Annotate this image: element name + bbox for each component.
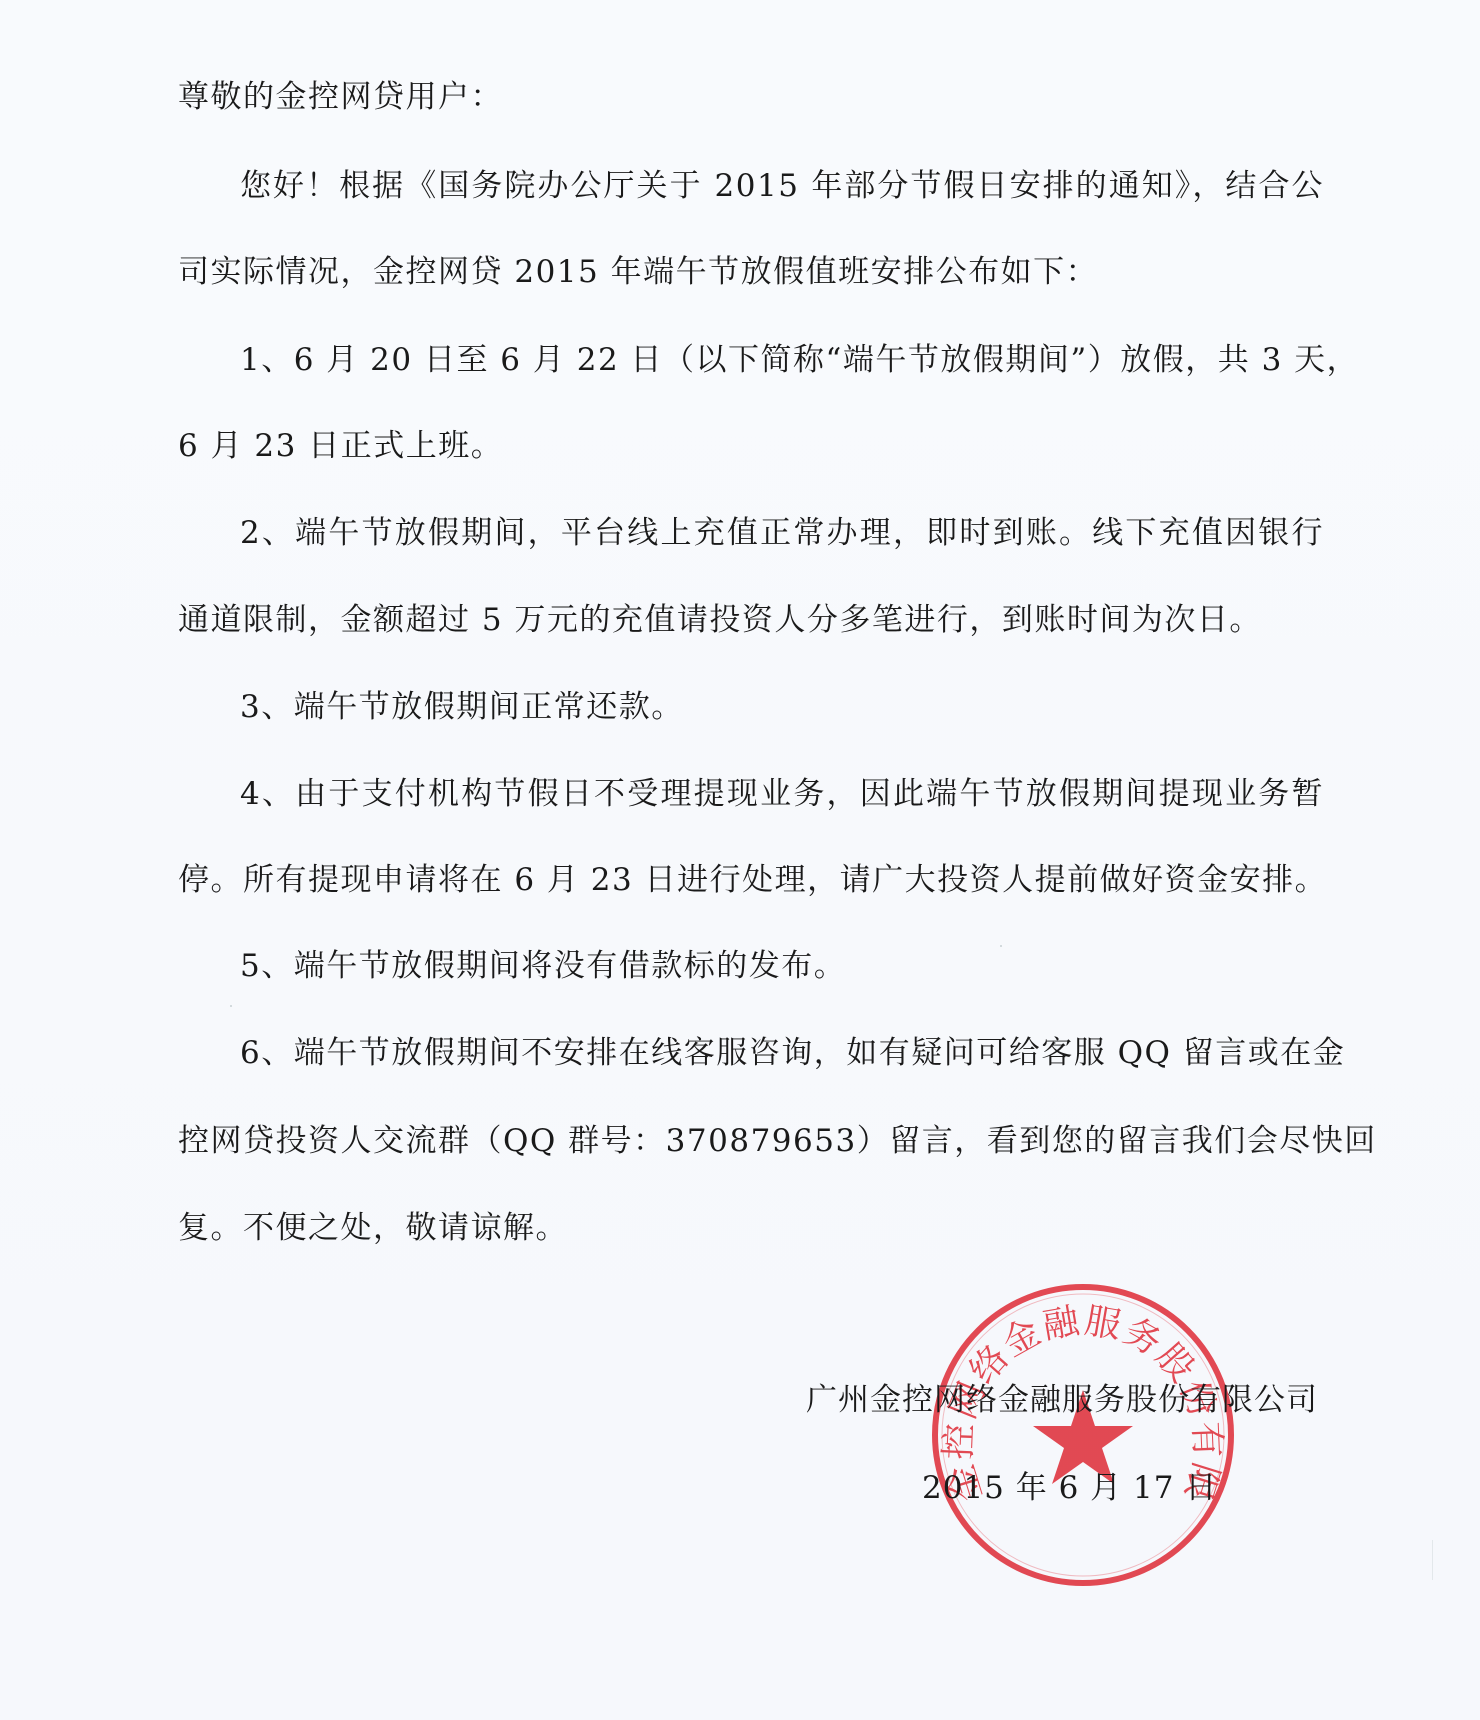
- signature-company: 广州金控网络金融服务股份有限公司: [806, 1380, 1318, 1420]
- intro-line-2: 司实际情况，金控网贷 2015 年端午节放假值班安排公布如下：: [178, 252, 1098, 292]
- item-6-line-3: 复。不便之处，敬请谅解。: [178, 1208, 568, 1248]
- item-2-line-2: 通道限制，金额超过 5 万元的充值请投资人分多笔进行，到账时间为次日。: [178, 600, 1262, 640]
- item-4-line-2: 停。所有提现申请将在 6 月 23 日进行处理，请广大投资人提前做好资金安排。: [178, 860, 1327, 900]
- item-2-line-1: 2、端午节放假期间，平台线上充值正常办理，即时到账。线下充值因银行: [240, 513, 1324, 553]
- item-1-line-1: 1、6 月 20 日至 6 月 22 日（以下简称“端午节放假期间”）放假，共 …: [240, 340, 1324, 380]
- company-seal: 广州金控网络金融服务股份有限公司: [928, 1280, 1238, 1590]
- item-1-line-2: 6 月 23 日正式上班。: [178, 426, 503, 466]
- item-3-line-1: 3、端午节放假期间正常还款。: [240, 687, 684, 727]
- signature-date: 2015 年 6 月 17 日: [922, 1468, 1217, 1508]
- item-6-line-1: 6、端午节放假期间不安排在线客服咨询，如有疑问可给客服 QQ 留言或在金: [240, 1033, 1324, 1073]
- scanned-document-page: 尊敬的金控网贷用户： 您好！根据《国务院办公厅关于 2015 年部分节假日安排的…: [0, 0, 1480, 1720]
- item-5-line-1: 5、端午节放假期间将没有借款标的发布。: [240, 946, 846, 986]
- intro-line-1: 您好！根据《国务院办公厅关于 2015 年部分节假日安排的通知》，结合公: [240, 166, 1324, 206]
- item-4-line-1: 4、由于支付机构节假日不受理提现业务，因此端午节放假期间提现业务暂: [240, 774, 1324, 814]
- salutation: 尊敬的金控网贷用户：: [178, 77, 503, 117]
- item-6-line-2: 控网贷投资人交流群（QQ 群号：370879653）留言，看到您的留言我们会尽快…: [178, 1121, 1324, 1161]
